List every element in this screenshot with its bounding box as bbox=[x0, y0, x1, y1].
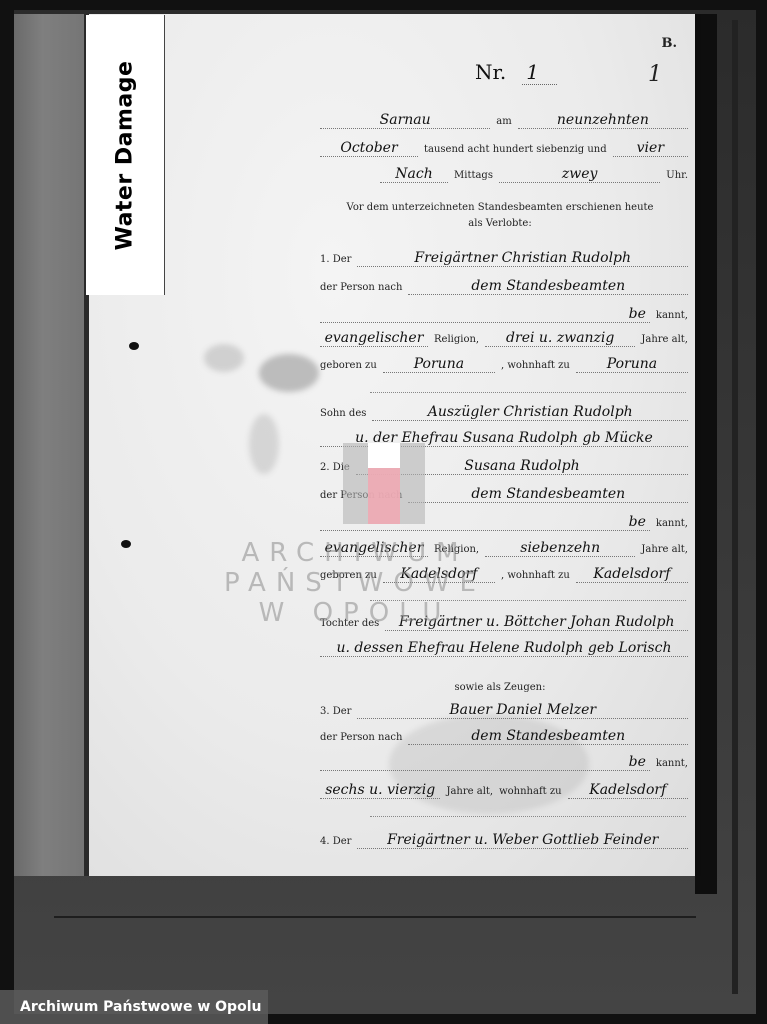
water-stain bbox=[259, 354, 319, 392]
margin-number: 1 bbox=[648, 62, 662, 87]
uhr-label: Uhr. bbox=[666, 170, 688, 181]
witness4-name: Freigärtner u. Weber Gottlieb Feinder bbox=[357, 832, 688, 849]
person2-mother-row: u. dessen Ehefrau Helene Rudolph geb Lor… bbox=[320, 640, 688, 657]
form-letter: B. bbox=[661, 36, 677, 51]
age-label: Jahre alt, bbox=[641, 334, 688, 345]
person1-resides-place: Poruna bbox=[576, 356, 688, 373]
binding-strip bbox=[14, 14, 86, 876]
person1-kannt-row: be kannt, bbox=[320, 306, 688, 323]
kannt-label: kannt, bbox=[656, 518, 688, 529]
person1-age: drei u. zwanzig bbox=[485, 330, 635, 347]
water-damage-text: Water Damage bbox=[113, 60, 138, 250]
person2-known-by: dem Standesbeamten bbox=[408, 486, 688, 503]
witness3-name-row: 3. Der Bauer Daniel Melzer bbox=[320, 702, 688, 719]
witness3-known-by: dem Standesbeamten bbox=[408, 728, 688, 745]
person1-name-row: 1. Der Freigärtner Christian Rudolph bbox=[320, 250, 688, 267]
resides-label: wohnhaft zu bbox=[499, 786, 561, 797]
parents-label: Sohn des bbox=[320, 408, 366, 419]
blank-line bbox=[370, 816, 686, 817]
year-field: vier bbox=[613, 140, 688, 157]
intro-text-betrothed: als Verlobte: bbox=[300, 218, 700, 229]
witness3-age-row: sechs u. vierzig Jahre alt, wohnhaft zu … bbox=[320, 782, 688, 799]
board-divider-line bbox=[54, 916, 696, 918]
archive-footer-badge: Archiwum Państwowe w Opolu bbox=[0, 990, 268, 1024]
time-prefix-field: Nach bbox=[380, 166, 448, 183]
am-label: am bbox=[496, 116, 511, 127]
document-viewer: Water Damage B. Nr.1 1 Sarnau am neunzeh… bbox=[0, 0, 767, 1024]
person1-label: 1. Der bbox=[320, 254, 351, 265]
place-field: Sarnau bbox=[320, 112, 490, 129]
witness3-name: Bauer Daniel Melzer bbox=[357, 702, 688, 719]
ink-blot bbox=[129, 342, 139, 350]
archive-name: Archiwum Państwowe w Opolu bbox=[20, 999, 261, 1015]
logo-pink-block bbox=[368, 468, 400, 524]
blank-line bbox=[370, 392, 686, 393]
watermark-line2: W OPOLU bbox=[175, 598, 535, 628]
person1-father: Auszügler Christian Rudolph bbox=[372, 404, 688, 421]
witness3-resides-place: Kadelsdorf bbox=[568, 782, 688, 799]
person2-mother: u. dessen Ehefrau Helene Rudolph geb Lor… bbox=[320, 640, 688, 657]
witness3-kannt-prefix: be bbox=[320, 754, 650, 771]
person1-known-by: dem Standesbeamten bbox=[408, 278, 688, 295]
person1-name: Freigärtner Christian Rudolph bbox=[357, 250, 688, 267]
religion-label: Religion, bbox=[434, 334, 479, 345]
header-place-row: Sarnau am neunzehnten bbox=[320, 112, 688, 129]
witness3-known-row: der Person nach dem Standesbeamten bbox=[320, 728, 688, 745]
witness3-kannt-row: be kannt, bbox=[320, 754, 688, 771]
water-stain bbox=[204, 344, 244, 372]
hour-field: zwey bbox=[499, 166, 660, 183]
logo-white-block bbox=[368, 443, 400, 468]
header-time-row: Nach Mittags zwey Uhr. bbox=[380, 166, 688, 183]
ink-blot bbox=[121, 540, 131, 548]
water-damage-label: Water Damage bbox=[86, 15, 165, 295]
board-right-edge bbox=[732, 20, 738, 994]
person1-born-place: Poruna bbox=[383, 356, 495, 373]
archive-watermark: ARCHIWUM PAŃSTWOWE W OPOLU bbox=[175, 538, 535, 628]
known-label: der Person nach bbox=[320, 732, 402, 743]
archive-logo bbox=[343, 443, 425, 524]
witness3-label: 3. Der bbox=[320, 706, 351, 717]
person1-known-row: der Person nach dem Standesbeamten bbox=[320, 278, 688, 295]
resides-label: , wohnhaft zu bbox=[501, 360, 570, 371]
person1-religion-row: evangelischer Religion, drei u. zwanzig … bbox=[320, 330, 688, 347]
person1-kannt-prefix: be bbox=[320, 306, 650, 323]
kannt-label: kannt, bbox=[656, 758, 688, 769]
age-label: Jahre alt, bbox=[446, 786, 493, 797]
record-number-label: Nr. bbox=[475, 60, 506, 84]
intro-text: Vor dem unterzeichneten Standesbeamten e… bbox=[300, 202, 700, 213]
person1-birth-row: geboren zu Poruna , wohnhaft zu Poruna bbox=[320, 356, 688, 373]
person2-resides-place: Kadelsdorf bbox=[576, 566, 688, 583]
born-label: geboren zu bbox=[320, 360, 377, 371]
water-stain bbox=[249, 414, 279, 474]
record-number: Nr.1 bbox=[475, 60, 557, 84]
known-label: der Person nach bbox=[320, 282, 402, 293]
record-number-value: 1 bbox=[522, 60, 557, 85]
watermark-line1: ARCHIWUM PAŃSTWOWE bbox=[175, 538, 535, 598]
witness3-age: sechs u. vierzig bbox=[320, 782, 440, 799]
page-shadow bbox=[695, 14, 717, 894]
age-label: Jahre alt, bbox=[641, 544, 688, 555]
witness4-label: 4. Der bbox=[320, 836, 351, 847]
header-date-row: October tausend acht hundert siebenzig u… bbox=[320, 140, 688, 157]
mittags-label: Mittags bbox=[454, 170, 493, 181]
month-field: October bbox=[320, 140, 418, 157]
year-text: tausend acht hundert siebenzig und bbox=[424, 144, 607, 155]
person1-religion: evangelischer bbox=[320, 330, 428, 347]
witnesses-heading: sowie als Zeugen: bbox=[300, 682, 700, 693]
witness4-name-row: 4. Der Freigärtner u. Weber Gottlieb Fei… bbox=[320, 832, 688, 849]
person1-father-row: Sohn des Auszügler Christian Rudolph bbox=[320, 404, 688, 421]
kannt-label: kannt, bbox=[656, 310, 688, 321]
day-field: neunzehnten bbox=[518, 112, 688, 129]
